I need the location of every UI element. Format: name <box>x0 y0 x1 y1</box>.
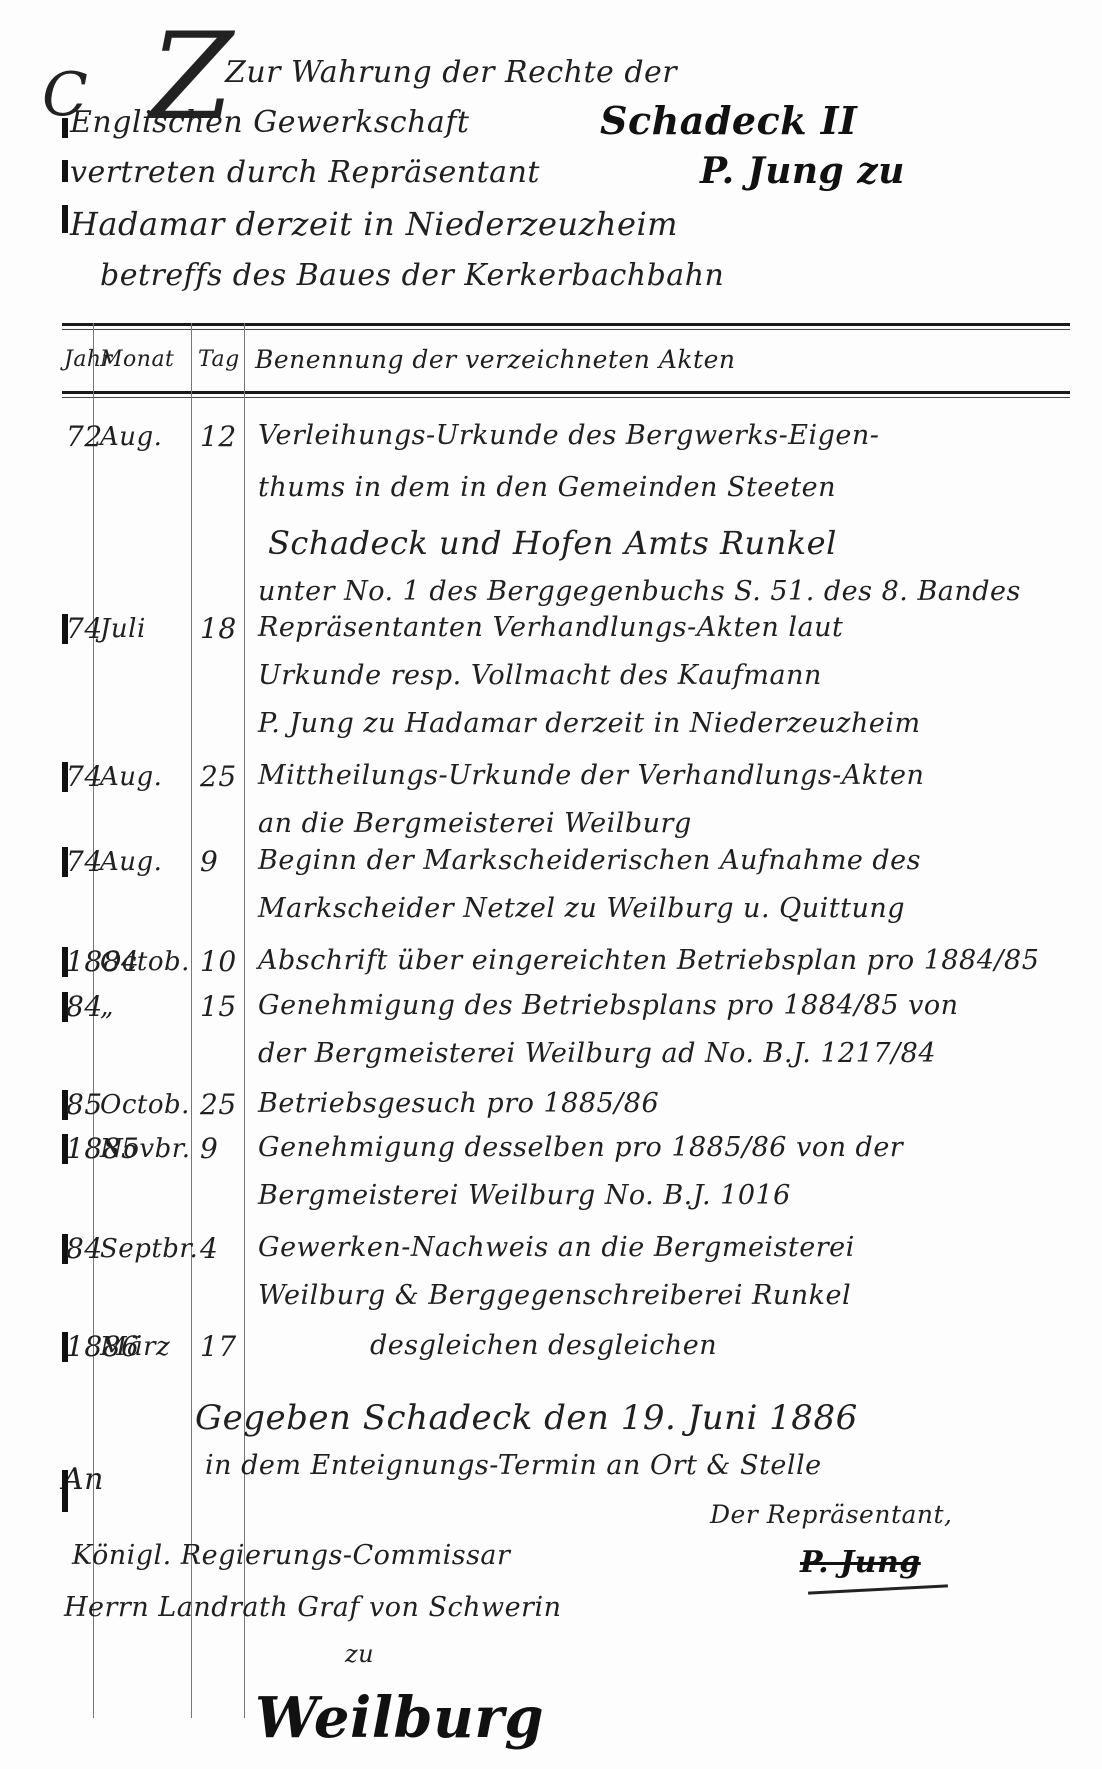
entry-description-line: Weilburg & Berggegenschreiberei Runkel <box>258 1280 851 1311</box>
entry-day: 4 <box>200 1232 218 1265</box>
column-rule-month <box>191 323 192 1718</box>
entry-description-line: Urkunde resp. Vollmacht des Kaufmann <box>258 660 822 691</box>
entry-description-line: desgleichen desgleichen <box>370 1330 717 1361</box>
scan-edge-mark <box>62 160 68 182</box>
title-line-5: betreffs des Baues der Kerkerbachbahn <box>100 258 724 293</box>
entry-description-line: Gewerken-Nachweis an die Bergmeisterei <box>258 1232 855 1263</box>
column-rule-day <box>244 323 245 1718</box>
entry-description-line: thums in dem in den Gemeinden Steeten <box>258 472 836 503</box>
entry-description-line: unter No. 1 des Berggegenbuchs S. 51. de… <box>258 576 1021 607</box>
entry-year: 72 <box>66 420 103 453</box>
addressee-line-2: Herrn Landrath Graf von Schwerin <box>64 1592 562 1623</box>
mine-name: Schadeck II <box>600 98 857 143</box>
header-rule-bottom <box>62 391 1070 394</box>
title-line-1: Zur Wahrung der Rechte der <box>225 55 677 90</box>
entry-description-line: Genehmigung des Betriebsplans pro 1884/8… <box>258 990 959 1021</box>
entry-month: Aug. <box>100 422 162 452</box>
margin-note: An <box>62 1462 104 1497</box>
entry-year: 74 <box>66 612 103 645</box>
scanned-document-page: C Z Zur Wahrung der Rechte der Englische… <box>0 0 1102 1769</box>
entry-day: 18 <box>200 612 237 645</box>
entry-description-line: Bergmeisterei Weilburg No. B.J. 1016 <box>258 1180 791 1211</box>
entry-year: 84 <box>66 990 103 1023</box>
entry-month: Septbr. <box>100 1234 198 1264</box>
addressee-city: Weilburg <box>255 1685 544 1751</box>
header-description: Benennung der verzeichneten Akten <box>255 345 735 374</box>
representative-name: P. Jung zu <box>700 150 905 192</box>
addressee-line-1: Königl. Regierungs-Commissar <box>72 1540 510 1571</box>
context-line: in dem Enteignungs-Termin an Ort & Stell… <box>205 1450 822 1481</box>
entry-month: März <box>100 1332 170 1362</box>
entry-month: Aug. <box>100 847 162 877</box>
title-line-2: Englischen Gewerkschaft <box>70 105 469 140</box>
entry-month: Aug. <box>100 762 162 792</box>
title-line-4: Hadamar derzeit in Niederzeuzheim <box>70 205 678 243</box>
addressee-line-3: zu <box>345 1640 374 1668</box>
entry-day: 12 <box>200 420 237 453</box>
entry-day: 9 <box>200 845 218 878</box>
entry-day: 15 <box>200 990 237 1023</box>
signature-flourish <box>808 1584 948 1594</box>
entry-day: 9 <box>200 1132 218 1165</box>
entry-description-line: Repräsentanten Verhandlungs-Akten laut <box>258 612 843 643</box>
entry-month: „ <box>100 992 114 1022</box>
entry-description-line: Abschrift über eingereichten Betriebspla… <box>258 945 1039 976</box>
entry-day: 25 <box>200 1088 237 1121</box>
entry-year: 85 <box>66 1088 103 1121</box>
entry-description-line: an die Bergmeisterei Weilburg <box>258 808 692 839</box>
entry-description-line: Beginn der Markscheiderischen Aufnahme d… <box>258 845 921 876</box>
scan-edge-mark <box>62 118 68 138</box>
entry-month: Octob. <box>100 1090 190 1120</box>
entry-description-line: Betriebsgesuch pro 1885/86 <box>258 1088 659 1119</box>
scan-edge-mark <box>62 1470 68 1512</box>
entry-year: 84 <box>66 1232 103 1265</box>
entry-description-line: Genehmigung desselben pro 1885/86 von de… <box>258 1132 903 1163</box>
entry-description-line: Mittheilungs-Urkunde der Verhandlungs-Ak… <box>258 760 924 791</box>
entry-month: Octob. <box>100 947 190 977</box>
header-rule-top-inner <box>62 329 1070 330</box>
header-rule-bottom-inner <box>62 397 1070 398</box>
header-day: Tag <box>198 347 240 372</box>
entry-day: 25 <box>200 760 237 793</box>
title-line-3: vertreten durch Repräsentant <box>70 155 540 190</box>
entry-description-line: Markscheider Netzel zu Weilburg u. Quitt… <box>258 893 905 924</box>
entry-day: 17 <box>200 1330 237 1363</box>
scan-edge-mark <box>62 205 68 233</box>
representative-label: Der Repräsentant, <box>710 1500 952 1529</box>
given-line: Gegeben Schadeck den 19. Juni 1886 <box>195 1398 858 1438</box>
entry-description-line: der Bergmeisterei Weilburg ad No. B.J. 1… <box>258 1038 936 1069</box>
entry-month: Novbr. <box>100 1134 191 1164</box>
entry-description-line: P. Jung zu Hadamar derzeit in Niederzeuz… <box>258 708 921 739</box>
header-rule-top <box>62 323 1070 326</box>
entry-month: Juli <box>100 614 146 644</box>
entry-year: 74 <box>66 760 103 793</box>
entry-description-line: Verleihungs-Urkunde des Bergwerks-Eigen- <box>258 420 879 451</box>
header-month: Monat <box>100 347 174 372</box>
entry-year: 74 <box>66 845 103 878</box>
entry-day: 10 <box>200 945 237 978</box>
entry-description-line: Schadeck und Hofen Amts Runkel <box>268 524 837 562</box>
representative-signature: P. Jung <box>800 1545 921 1580</box>
